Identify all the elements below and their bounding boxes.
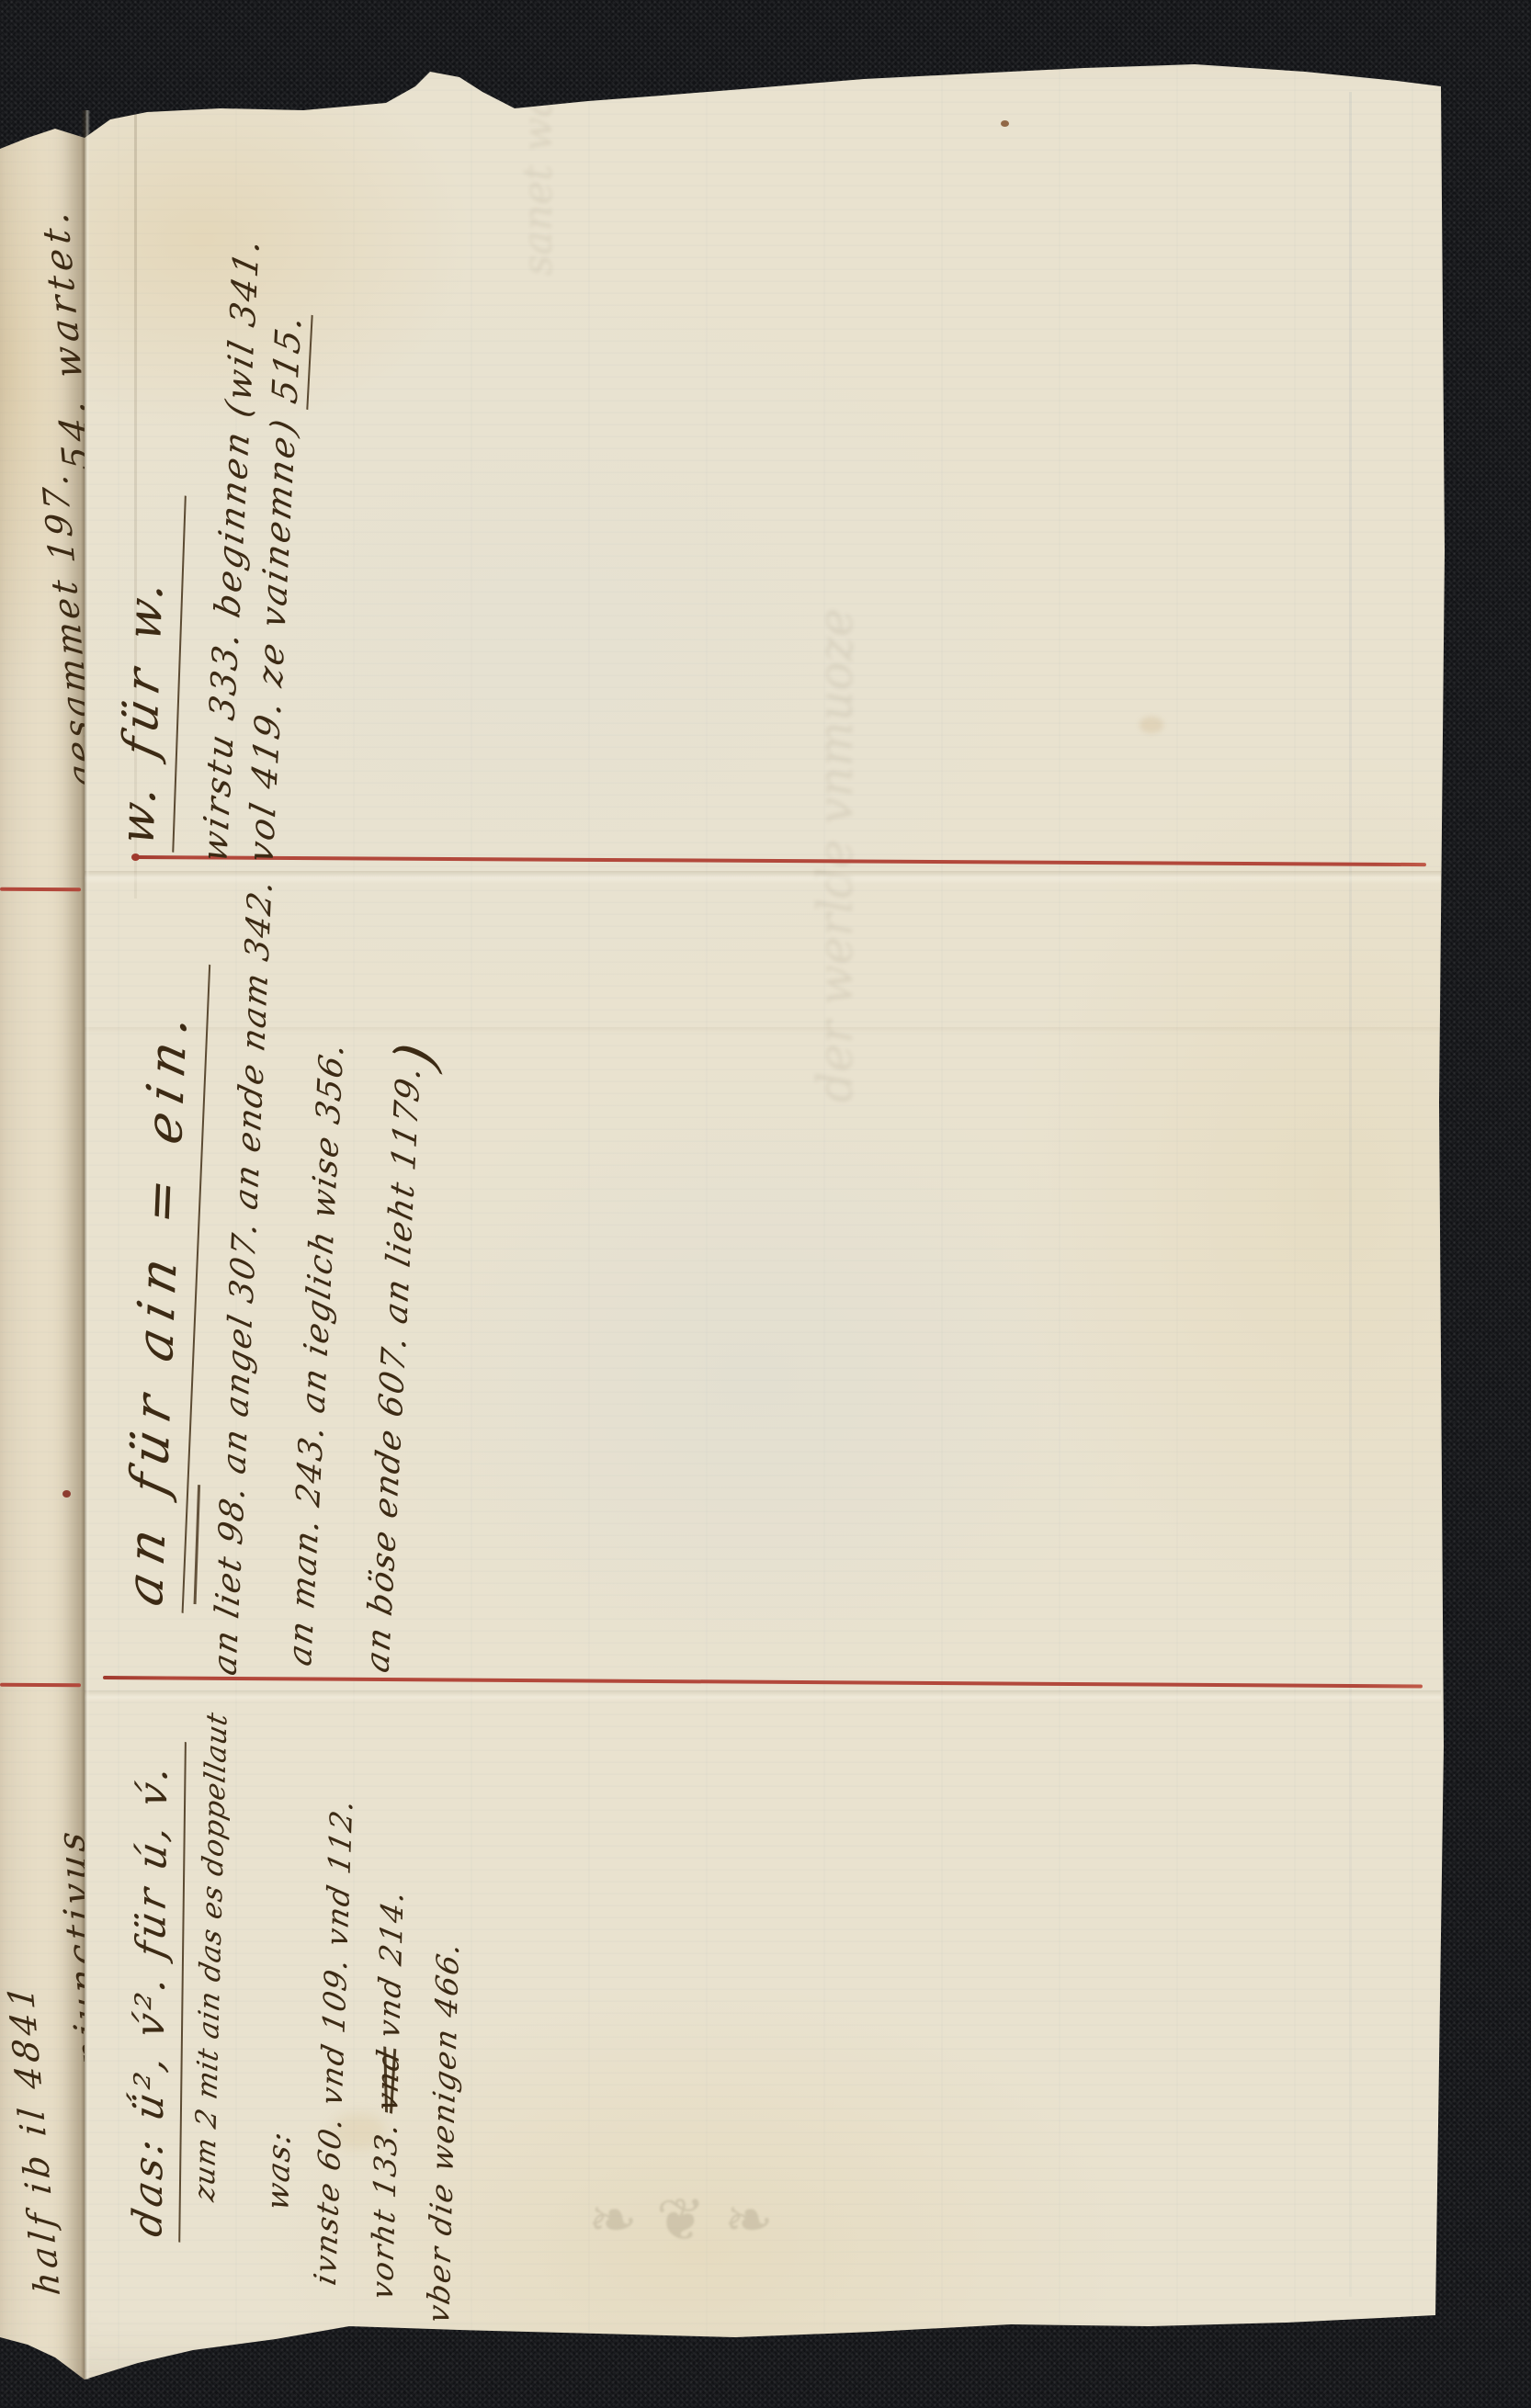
section-line: was: [259,2127,298,2214]
foxing-stain [1140,717,1163,733]
section-header: w. für w. [110,480,187,852]
strip-red-rule-bottom [0,1683,81,1688]
strip-fragment-text: half ib il 4841 [0,1980,68,2297]
section-an: an für ain = ein. an liet 98. an angel 3… [142,873,951,1194]
strip-fragment-text: gesammet 197. [34,468,85,790]
line-text: vnd 214. [370,1885,410,2052]
watermark-ornament: ❧ ❦ ❧ [588,2187,774,2255]
adjacent-page-strip: 54. wartet. gesammet 197. conjunctivus h… [0,0,85,2408]
manuscript-scan: { "document": { "description_colors": { … [0,0,1531,2408]
manuscript-page: sanet wasser vnd stein der werlde vnmuoz… [0,0,1531,2408]
section-line: an man. 243. an ieglich wise 356. [281,1037,351,1669]
underlined-number: 515. [265,305,313,410]
page-seam [81,110,90,2380]
section-line: vorht 133. vnd vnd 214. [364,1885,410,2302]
section-w: w. für w. wirstu 333. beginnen (wil 341.… [138,147,855,358]
section-line: zum 2 mit ain das es doppellaut [188,1709,234,2204]
section-uv: das: ǘ², v́². für ú, v́. zum 2 mit ain d… [133,1695,777,2063]
red-ink-dot [62,1490,71,1498]
section-line: ivnste 60. vnd 109. vnd 112. [307,1794,359,2289]
header-double-underline [194,1485,200,1604]
strip-red-rule-top [0,887,81,892]
vertical-chain-line [1349,92,1352,2297]
line-text: an böse ende 607. an lieht 1179. [359,1061,428,1677]
struck-word: vnd [369,2045,406,2115]
section-line: vber die wenigen 466. [420,1938,466,2326]
section-line: an böse ende 607. an lieht 1179.) [351,1035,448,1681]
red-rule-1 [134,855,1426,866]
line-text: vorht 133. [364,2107,404,2303]
strip-fragment-text: 54. wartet. [33,204,85,472]
strip-fragment-text: conjunctivus [44,1761,85,2120]
section-header: das: ǘ², v́². für ú, v́. [125,1731,187,2243]
section-line: an liet 98. an angel 307. an ende nam 34… [207,875,280,1679]
ink-fleck [1001,120,1009,127]
